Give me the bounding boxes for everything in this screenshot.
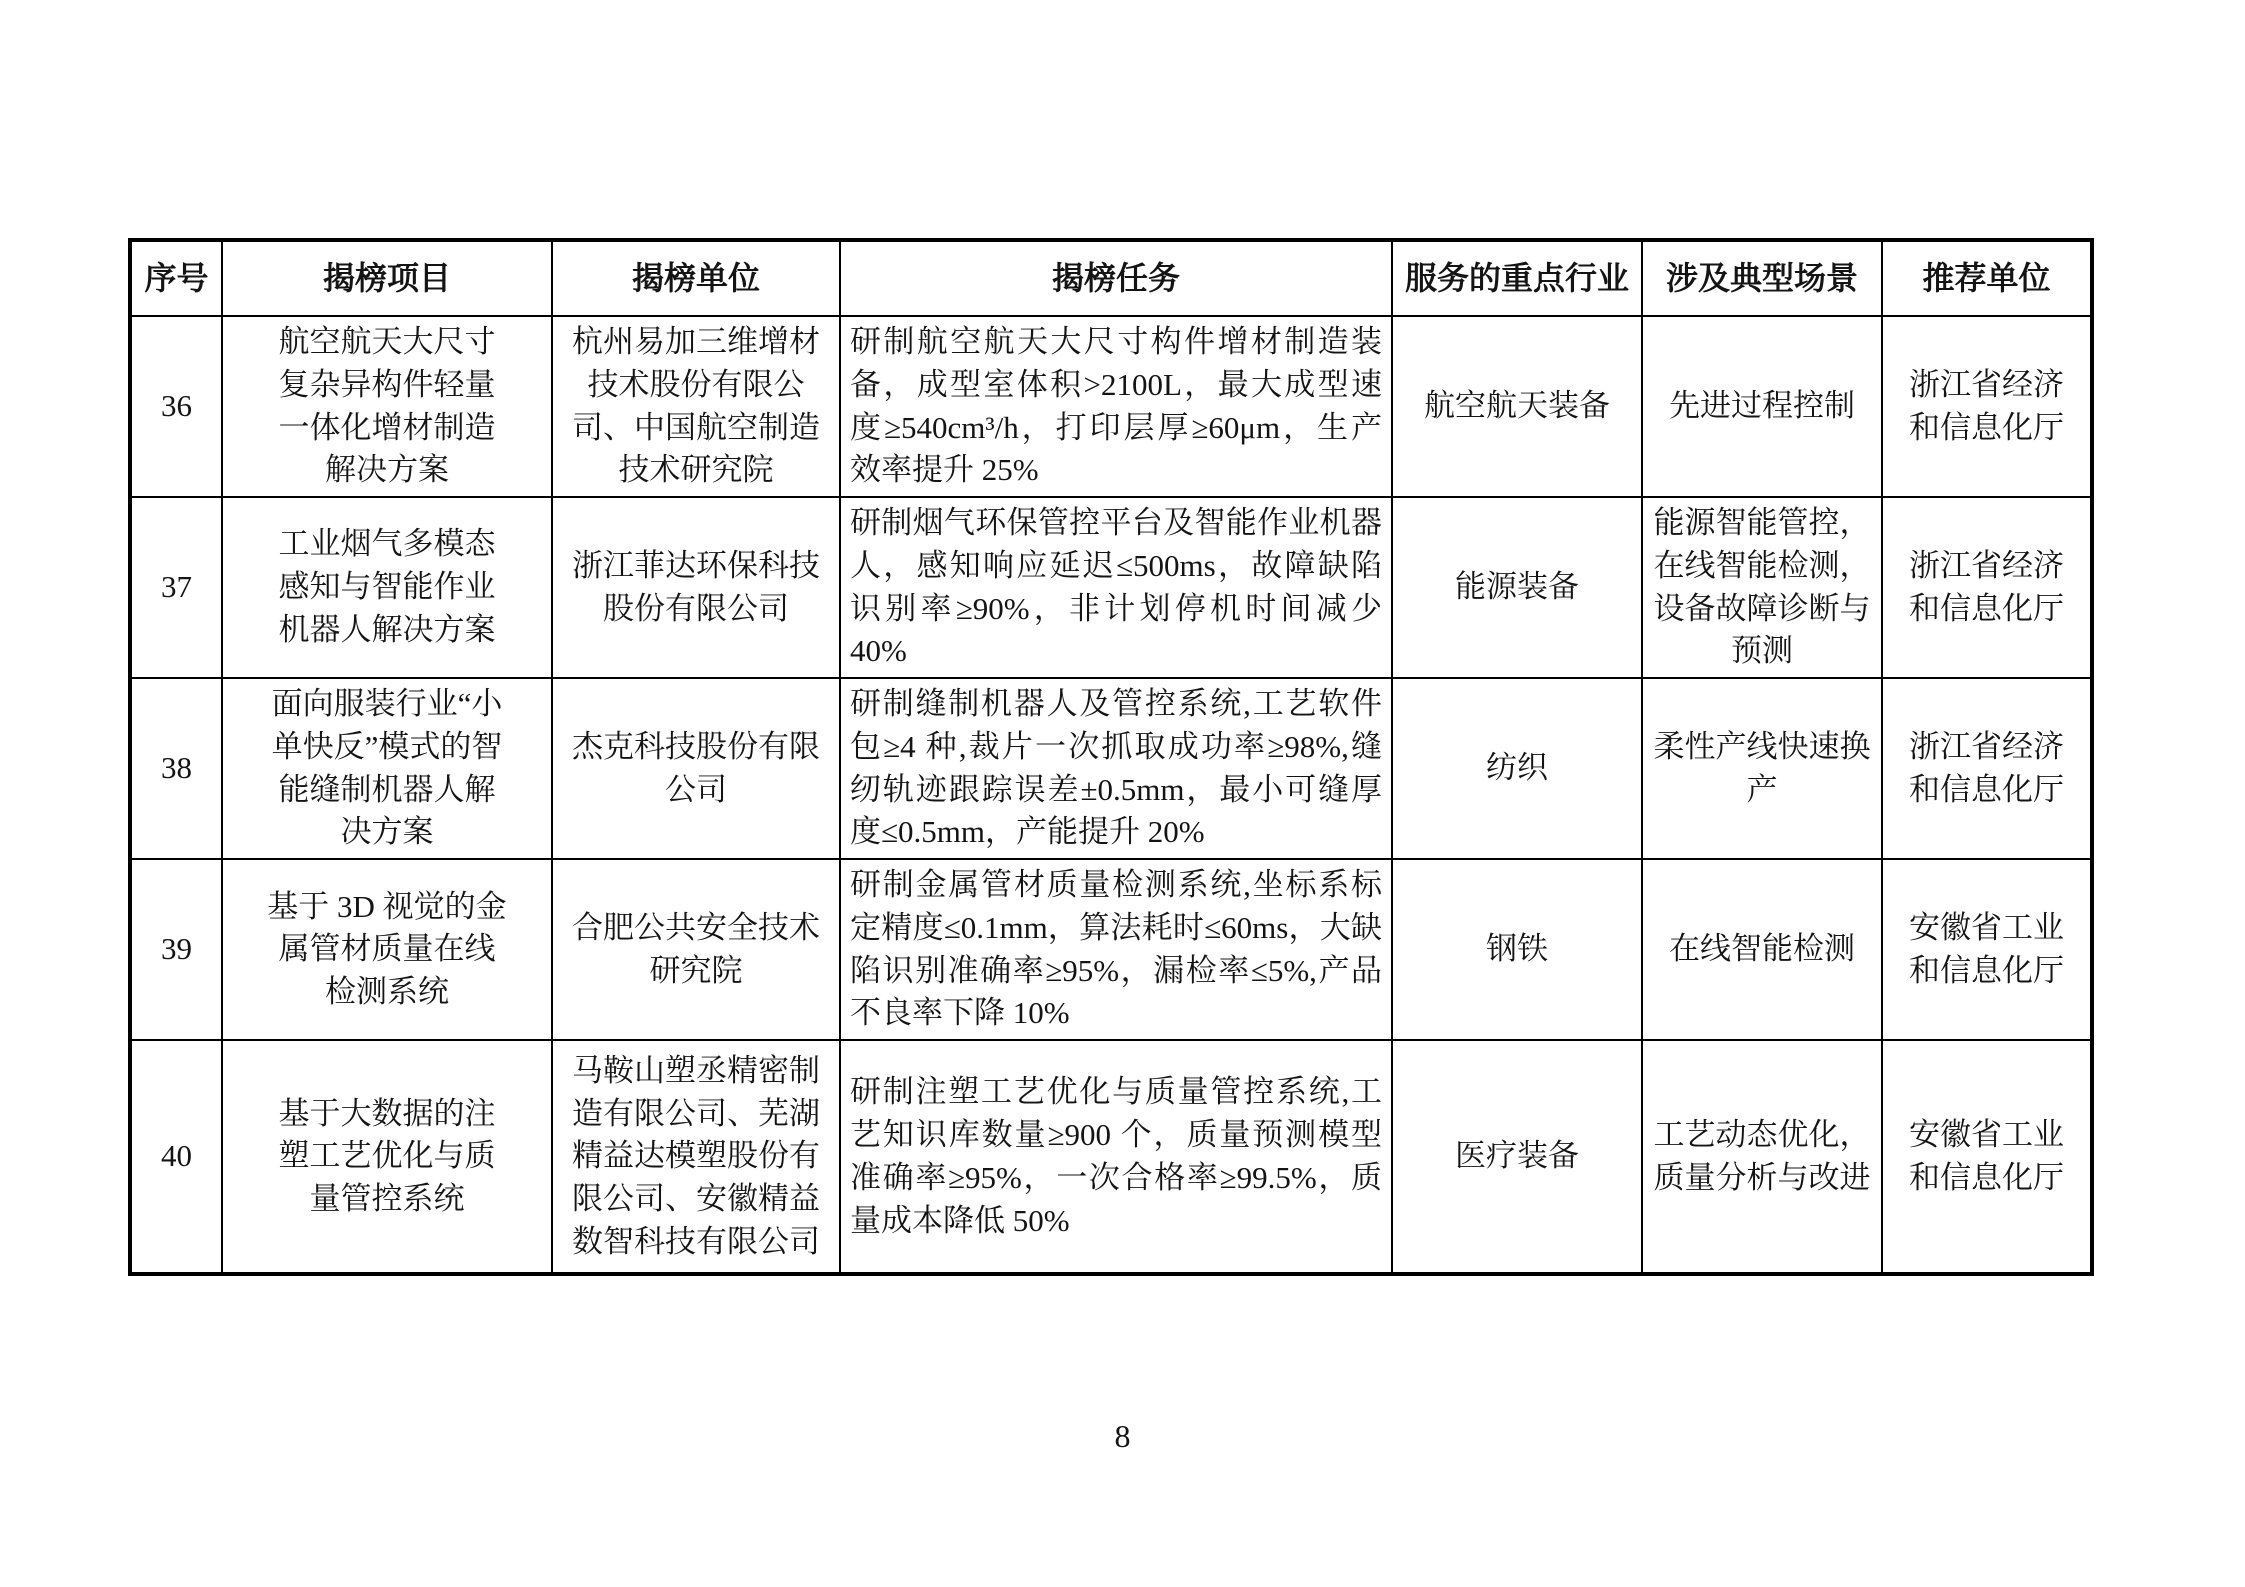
cell-recommender: 安徽省工业和信息化厅 xyxy=(1882,1040,2092,1274)
cell-industry: 能源装备 xyxy=(1392,497,1642,678)
cell-industry: 航空航天装备 xyxy=(1392,316,1642,497)
page-number: 8 xyxy=(0,1418,2245,1455)
cell-project: 基于 3D 视觉的金属管材质量在线检测系统 xyxy=(222,859,552,1040)
cell-recommender: 浙江省经济和信息化厅 xyxy=(1882,678,2092,859)
cell-unit: 马鞍山塑丞精密制造有限公司、芜湖精益达模塑股份有限公司、安徽精益数智科技有限公司 xyxy=(552,1040,840,1274)
projects-table: 序号 揭榜项目 揭榜单位 揭榜任务 服务的重点行业 涉及典型场景 推荐单位 36… xyxy=(128,238,2094,1276)
cell-project: 面向服装行业“小单快反”模式的智能缝制机器人解决方案 xyxy=(222,678,552,859)
cell-scenario: 先进过程控制 xyxy=(1642,316,1882,497)
cell-task: 研制金属管材质量检测系统,坐标系标定精度≤0.1mm，算法耗时≤60ms，大缺陷… xyxy=(840,859,1392,1040)
cell-industry: 纺织 xyxy=(1392,678,1642,859)
cell-unit: 合肥公共安全技术研究院 xyxy=(552,859,840,1040)
cell-no: 37 xyxy=(130,497,222,678)
cell-unit: 浙江菲达环保科技股份有限公司 xyxy=(552,497,840,678)
cell-task: 研制航空航天大尺寸构件增材制造装备，成型室体积>2100L，最大成型速度≥540… xyxy=(840,316,1392,497)
cell-scenario: 工艺动态优化，质量分析与改进 xyxy=(1642,1040,1882,1274)
cell-project: 基于大数据的注塑工艺优化与质量管控系统 xyxy=(222,1040,552,1274)
cell-unit: 杭州易加三维增材技术股份有限公司、中国航空制造技术研究院 xyxy=(552,316,840,497)
cell-scenario: 柔性产线快速换产 xyxy=(1642,678,1882,859)
cell-no: 38 xyxy=(130,678,222,859)
header-unit: 揭榜单位 xyxy=(552,240,840,316)
cell-industry: 医疗装备 xyxy=(1392,1040,1642,1274)
cell-unit: 杰克科技股份有限公司 xyxy=(552,678,840,859)
cell-task: 研制烟气环保管控平台及智能作业机器人，感知响应延迟≤500ms，故障缺陷识别率≥… xyxy=(840,497,1392,678)
cell-task: 研制缝制机器人及管控系统,工艺软件包≥4 种,裁片一次抓取成功率≥98%,缝纫轨… xyxy=(840,678,1392,859)
cell-project: 工业烟气多模态感知与智能作业机器人解决方案 xyxy=(222,497,552,678)
cell-scenario: 能源智能管控，在线智能检测，设备故障诊断与预测 xyxy=(1642,497,1882,678)
document-page: 序号 揭榜项目 揭榜单位 揭榜任务 服务的重点行业 涉及典型场景 推荐单位 36… xyxy=(0,0,2245,1587)
cell-no: 40 xyxy=(130,1040,222,1274)
table-row: 37 工业烟气多模态感知与智能作业机器人解决方案 浙江菲达环保科技股份有限公司 … xyxy=(130,497,2092,678)
table-row: 39 基于 3D 视觉的金属管材质量在线检测系统 合肥公共安全技术研究院 研制金… xyxy=(130,859,2092,1040)
header-industry: 服务的重点行业 xyxy=(1392,240,1642,316)
table-row: 40 基于大数据的注塑工艺优化与质量管控系统 马鞍山塑丞精密制造有限公司、芜湖精… xyxy=(130,1040,2092,1274)
cell-no: 39 xyxy=(130,859,222,1040)
cell-task: 研制注塑工艺优化与质量管控系统,工艺知识库数量≥900 个，质量预测模型准确率≥… xyxy=(840,1040,1392,1274)
header-project: 揭榜项目 xyxy=(222,240,552,316)
header-no: 序号 xyxy=(130,240,222,316)
table-row: 36 航空航天大尺寸复杂异构件轻量一体化增材制造解决方案 杭州易加三维增材技术股… xyxy=(130,316,2092,497)
cell-project: 航空航天大尺寸复杂异构件轻量一体化增材制造解决方案 xyxy=(222,316,552,497)
header-task: 揭榜任务 xyxy=(840,240,1392,316)
header-recommender: 推荐单位 xyxy=(1882,240,2092,316)
cell-no: 36 xyxy=(130,316,222,497)
cell-recommender: 安徽省工业和信息化厅 xyxy=(1882,859,2092,1040)
table-header-row: 序号 揭榜项目 揭榜单位 揭榜任务 服务的重点行业 涉及典型场景 推荐单位 xyxy=(130,240,2092,316)
cell-recommender: 浙江省经济和信息化厅 xyxy=(1882,497,2092,678)
table-row: 38 面向服装行业“小单快反”模式的智能缝制机器人解决方案 杰克科技股份有限公司… xyxy=(130,678,2092,859)
cell-recommender: 浙江省经济和信息化厅 xyxy=(1882,316,2092,497)
header-scenario: 涉及典型场景 xyxy=(1642,240,1882,316)
cell-industry: 钢铁 xyxy=(1392,859,1642,1040)
cell-scenario: 在线智能检测 xyxy=(1642,859,1882,1040)
